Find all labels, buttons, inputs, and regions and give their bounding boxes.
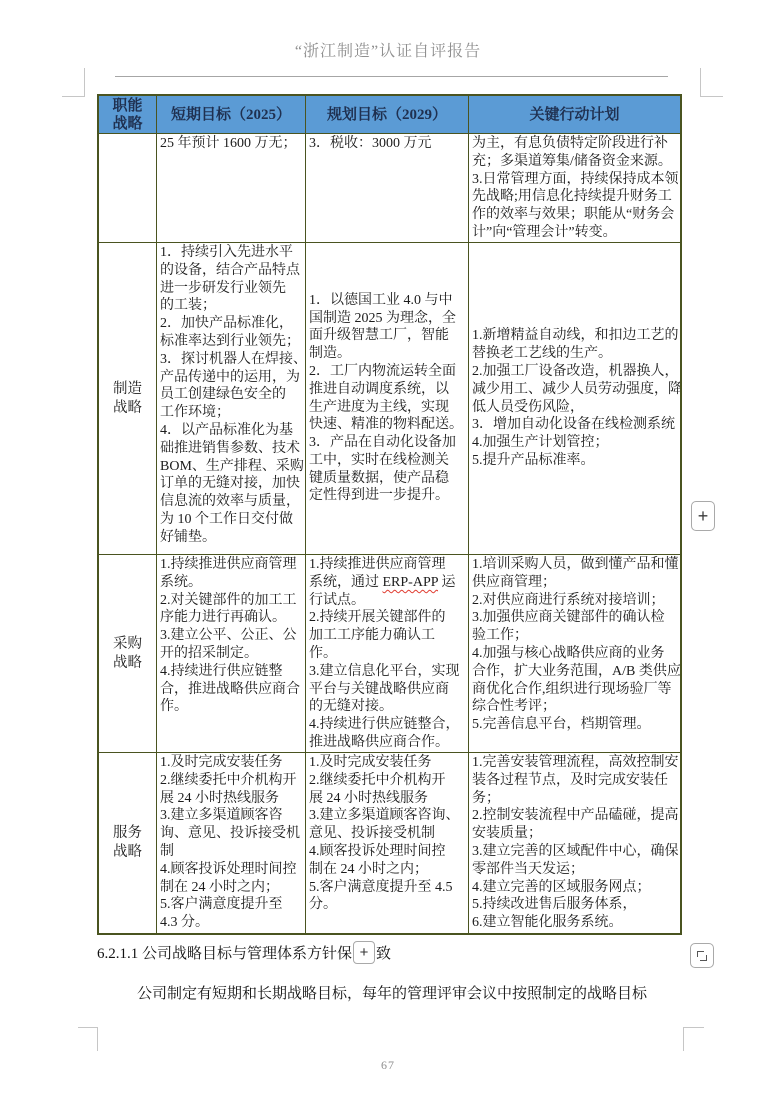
table-row: 制造 战略1．持续引入先进水平的设备，结合产品特点进一步研发行业领先的工装；2．… — [99, 243, 680, 555]
section-heading-text-after: 致 — [376, 942, 391, 963]
cell-line: 标准率达到行业领先； — [160, 333, 302, 351]
cell-line: 4.持续进行供应链整 — [160, 663, 302, 681]
cell-line: 3.建立公平、公正、公 — [160, 627, 302, 645]
cell-line: 键质量数据，使产品稳 — [309, 470, 465, 488]
cell-line: 1.培训采购人员，做到懂产品和懂 — [472, 556, 677, 574]
cell-line: 2．加快产品标准化， — [160, 315, 302, 333]
cell-line: 3．税收：3000 万元 — [309, 135, 465, 153]
table-cell: 25 年预计 1600 万无； — [157, 134, 306, 243]
cell-line: 作。 — [160, 698, 302, 716]
cell-line: 2.控制安装流程中产品磕碰，提高 — [472, 807, 677, 825]
table-header-row: 职能 战略短期目标（2025）规划目标（2029）关键行动计划 — [99, 96, 680, 134]
cell-line: 安装质量； — [472, 825, 677, 843]
cell-line: 3.建立信息化平台，实现 — [309, 663, 465, 681]
table-cell: 1.持续推进供应商管理系统，通过 ERP-APP 运行试点。2.持续开展关键部件… — [306, 555, 469, 753]
cell-line: 2．工厂内物流运转全面 — [309, 363, 465, 381]
table-row: 25 年预计 1600 万无；3．税收：3000 万元为主，有息负债特定阶段进行… — [99, 134, 680, 243]
cell-line: 装各过程节点，及时完成安装任 — [472, 772, 677, 790]
heading-plus-button[interactable]: + — [353, 941, 375, 964]
cell-line: 2.继续委托中介机构开 — [160, 772, 302, 790]
cell-line: 制在 24 小时之内； — [309, 861, 465, 879]
cell-line: 5.客户满意度提升至 — [160, 896, 302, 914]
cell-line: 减少用工、减少人员劳动强度，降 — [472, 381, 677, 399]
cell-line: 系统。 — [160, 574, 302, 592]
cell-line: 4.顾客投诉处理时间控 — [160, 861, 302, 879]
cell-line: 2.对供应商进行系统对接培训； — [472, 592, 677, 610]
table-row: 采购 战略1.持续推进供应商管理系统。2.对关键部件的加工工序能力进行再确认。3… — [99, 555, 680, 753]
cell-line: 5.完善信息平台，档期管理。 — [472, 716, 677, 734]
cell-line: 3.日常管理方面，持续保持成本领 — [472, 171, 677, 189]
margin-mark-bottom-right-icon — [683, 1027, 704, 1051]
margin-mark-top-right-icon — [700, 68, 723, 97]
cell-line: 面升级智慧工厂，智能 — [309, 327, 465, 345]
cell-line: 4.持续进行供应链整合， — [309, 716, 465, 734]
column-header: 职能 战略 — [99, 96, 157, 134]
margin-mark-top-left-icon — [62, 68, 85, 97]
cell-line: 务； — [472, 790, 677, 808]
cell-line: 制 — [160, 843, 302, 861]
column-header: 短期目标（2025） — [157, 96, 306, 134]
cell-line: 展 24 小时热线服务 — [309, 790, 465, 808]
cell-line: 推进战略供应商合作。 — [309, 734, 465, 752]
corner-bracket-bottom-right-icon — [700, 955, 707, 961]
cell-line: 合，推进战略供应商合 — [160, 681, 302, 699]
body-paragraph: 公司制定有短期和长期战略目标，每年的管理评审会议中按照制定的战略目标 — [137, 982, 647, 1003]
cell-line: 25 年预计 1600 万无； — [160, 135, 302, 153]
table-cell: 1.新增精益自动线，和扣边工艺的替换老工艺线的生产。2.加强工厂设备改造，机器换… — [469, 243, 680, 555]
spellcheck-underline: ERP-APP — [383, 575, 439, 590]
cell-line: 分。 — [309, 896, 465, 914]
cell-line: 推进自动调度系统，以 — [309, 381, 465, 399]
cell-line: 3.建立多渠道顾客咨询、 — [309, 807, 465, 825]
cell-line: 商优化合作,组织进行现场验厂等 — [472, 681, 677, 699]
plus-icon: + — [360, 944, 369, 961]
cell-line: 计”向“管理会计”转变。 — [472, 224, 677, 242]
cell-line: 4.3 分。 — [160, 914, 302, 932]
cell-line: 4.顾客投诉处理时间控 — [309, 843, 465, 861]
cell-line: 开的招采制定。 — [160, 645, 302, 663]
cell-line: 行试点。 — [309, 592, 465, 610]
cell-line: 2.对关键部件的加工工 — [160, 592, 302, 610]
cell-line: 好铺垫。 — [160, 529, 302, 547]
cell-line: 进一步研发行业领先 — [160, 280, 302, 298]
cell-line: 4.加强与核心战略供应商的业务 — [472, 645, 677, 663]
row-label-cell: 服务 战略 — [99, 753, 157, 933]
cell-line: 3．探讨机器人在焊接、 — [160, 351, 302, 369]
plus-icon: + — [698, 506, 709, 527]
cell-line: 综合性考评； — [472, 698, 677, 716]
cell-line: 制造。 — [309, 345, 465, 363]
table-cell: 1.及时完成安装任务2.继续委托中介机构开展 24 小时热线服务3.建立多渠道顾… — [306, 753, 469, 933]
cell-line: 4．以产品标准化为基 — [160, 422, 302, 440]
cell-line: 5.持续改进售后服务体系， — [472, 896, 677, 914]
cell-line: 平台与关键战略供应商 — [309, 681, 465, 699]
cell-line: 5.客户满意度提升至 4.5 — [309, 879, 465, 897]
cell-line: 充；多渠道筹集/储备资金来源。 — [472, 153, 677, 171]
cell-line: 工作环境； — [160, 404, 302, 422]
cell-line: 1.新增精益自动线，和扣边工艺的 — [472, 327, 677, 345]
cell-line: 1.持续推进供应商管理 — [309, 556, 465, 574]
section-heading: 6.2.1.1 公司战略目标与管理体系方针保 + 致 — [97, 941, 391, 964]
row-label-cell: 制造 战略 — [99, 243, 157, 555]
cell-line: 的无缝对接。 — [309, 698, 465, 716]
table-cell: 为主，有息负债特定阶段进行补充；多渠道筹集/储备资金来源。3.日常管理方面，持续… — [469, 134, 680, 243]
cell-line: 验工作； — [472, 627, 677, 645]
cell-line: 信息流的效率与质量， — [160, 493, 302, 511]
cell-line: 产品传递中的运用，为 — [160, 369, 302, 387]
table-row: 服务 战略1.及时完成安装任务2.继续委托中介机构开展 24 小时热线服务3.建… — [99, 753, 680, 933]
report-title: “浙江制造”认证自评报告 — [0, 38, 776, 61]
cell-line: 础推进销售参数、技术 — [160, 440, 302, 458]
cell-line: 询、意见、投诉接受机 — [160, 825, 302, 843]
cell-line: 2.持续开展关键部件的 — [309, 609, 465, 627]
cell-line: 零部件当天发运； — [472, 861, 677, 879]
cell-line: 订单的无缝对接，加快 — [160, 475, 302, 493]
margin-mark-bottom-left-icon — [78, 1027, 98, 1051]
cell-line: 低人员受伤风险， — [472, 399, 677, 417]
cell-line: 合作，扩大业务范围，A/B 类供应 — [472, 663, 677, 681]
cell-line: 1.完善安装管理流程，高效控制安 — [472, 754, 677, 772]
cell-line: 为主，有息负债特定阶段进行补 — [472, 135, 677, 153]
cell-line: 4.加强生产计划管控； — [472, 434, 677, 452]
cell-line: 2.加强工厂设备改造，机器换人， — [472, 363, 677, 381]
table-cell: 1.完善安装管理流程，高效控制安装各过程节点，及时完成安装任务；2.控制安装流程… — [469, 753, 680, 933]
table-cell: 1．以德国工业 4.0 与中国制造 2025 为理念，全面升级智慧工厂，智能制造… — [306, 243, 469, 555]
table-cell: 1.持续推进供应商管理系统。2.对关键部件的加工工序能力进行再确认。3.建立公平… — [157, 555, 306, 753]
cell-line: 1．以德国工业 4.0 与中 — [309, 292, 465, 310]
cell-line: 5.提升产品标准率。 — [472, 452, 677, 470]
cell-line: 工中，实时在线检测关 — [309, 452, 465, 470]
cell-line: 系统，通过 ERP-APP 运 — [309, 574, 465, 592]
cell-line: 展 24 小时热线服务 — [160, 790, 302, 808]
cell-line: 国制造 2025 为理念，全 — [309, 310, 465, 328]
cell-line: 3.加强供应商关键部件的确认检 — [472, 609, 677, 627]
cell-line: 先战略;用信息化持续提升财务工 — [472, 188, 677, 206]
row-label-cell — [99, 134, 157, 243]
cell-line: 为 10 个工作日交付做 — [160, 511, 302, 529]
table-cell: 3．税收：3000 万元 — [306, 134, 469, 243]
cell-line: 供应商管理； — [472, 574, 677, 592]
floating-plus-button[interactable]: + — [691, 501, 715, 531]
column-header: 规划目标（2029） — [306, 96, 469, 134]
cell-line: 作。 — [309, 645, 465, 663]
column-header: 关键行动计划 — [469, 96, 680, 134]
cell-line: 定性得到进一步提升。 — [309, 487, 465, 505]
header-divider — [115, 76, 668, 77]
cell-line: 3．增加自动化设备在线检测系统 — [472, 416, 677, 434]
cell-line: 4.建立完善的区域服务网点； — [472, 879, 677, 897]
cell-line: 3.建立多渠道顾客咨 — [160, 807, 302, 825]
cell-line: 员工创建绿色安全的 — [160, 386, 302, 404]
cell-line: 1.及时完成安装任务 — [309, 754, 465, 772]
cell-line: 的工装； — [160, 297, 302, 315]
cell-line: 制在 24 小时之内； — [160, 879, 302, 897]
cell-line: 1.及时完成安装任务 — [160, 754, 302, 772]
row-label-cell: 采购 战略 — [99, 555, 157, 753]
table-cell: 1.及时完成安装任务2.继续委托中介机构开展 24 小时热线服务3.建立多渠道顾… — [157, 753, 306, 933]
cell-line: BOM、生产排程、采购 — [160, 458, 302, 476]
cell-line: 替换老工艺线的生产。 — [472, 345, 677, 363]
cell-line: 意见、投诉接受机制 — [309, 825, 465, 843]
cell-line: 加工工序能力确认工 — [309, 627, 465, 645]
cell-line: 3.建立完善的区域配件中心，确保 — [472, 843, 677, 861]
cell-line: 3．产品在自动化设备加 — [309, 434, 465, 452]
page-number: 67 — [0, 1058, 776, 1073]
cell-line: 作的效率与效果；职能从“财务会 — [472, 206, 677, 224]
cell-line: 快速、精准的物料配送。 — [309, 416, 465, 434]
cell-line: 1.持续推进供应商管理 — [160, 556, 302, 574]
cell-line: 6.建立智能化服务系统。 — [472, 914, 677, 932]
strategy-table: 职能 战略短期目标（2025）规划目标（2029）关键行动计划25 年预计 16… — [97, 94, 682, 935]
cell-line: 序能力进行再确认。 — [160, 609, 302, 627]
layout-anchor-button[interactable] — [690, 943, 714, 968]
cell-line: 2.继续委托中介机构开 — [309, 772, 465, 790]
cell-line: 生产进度为主线，实现 — [309, 399, 465, 417]
section-heading-text-before: 6.2.1.1 公司战略目标与管理体系方针保 — [97, 942, 352, 963]
table-cell: 1．持续引入先进水平的设备，结合产品特点进一步研发行业领先的工装；2．加快产品标… — [157, 243, 306, 555]
table-cell: 1.培训采购人员，做到懂产品和懂供应商管理；2.对供应商进行系统对接培训；3.加… — [469, 555, 680, 753]
cell-line: 的设备，结合产品特点 — [160, 262, 302, 280]
cell-line: 1．持续引入先进水平 — [160, 244, 302, 262]
